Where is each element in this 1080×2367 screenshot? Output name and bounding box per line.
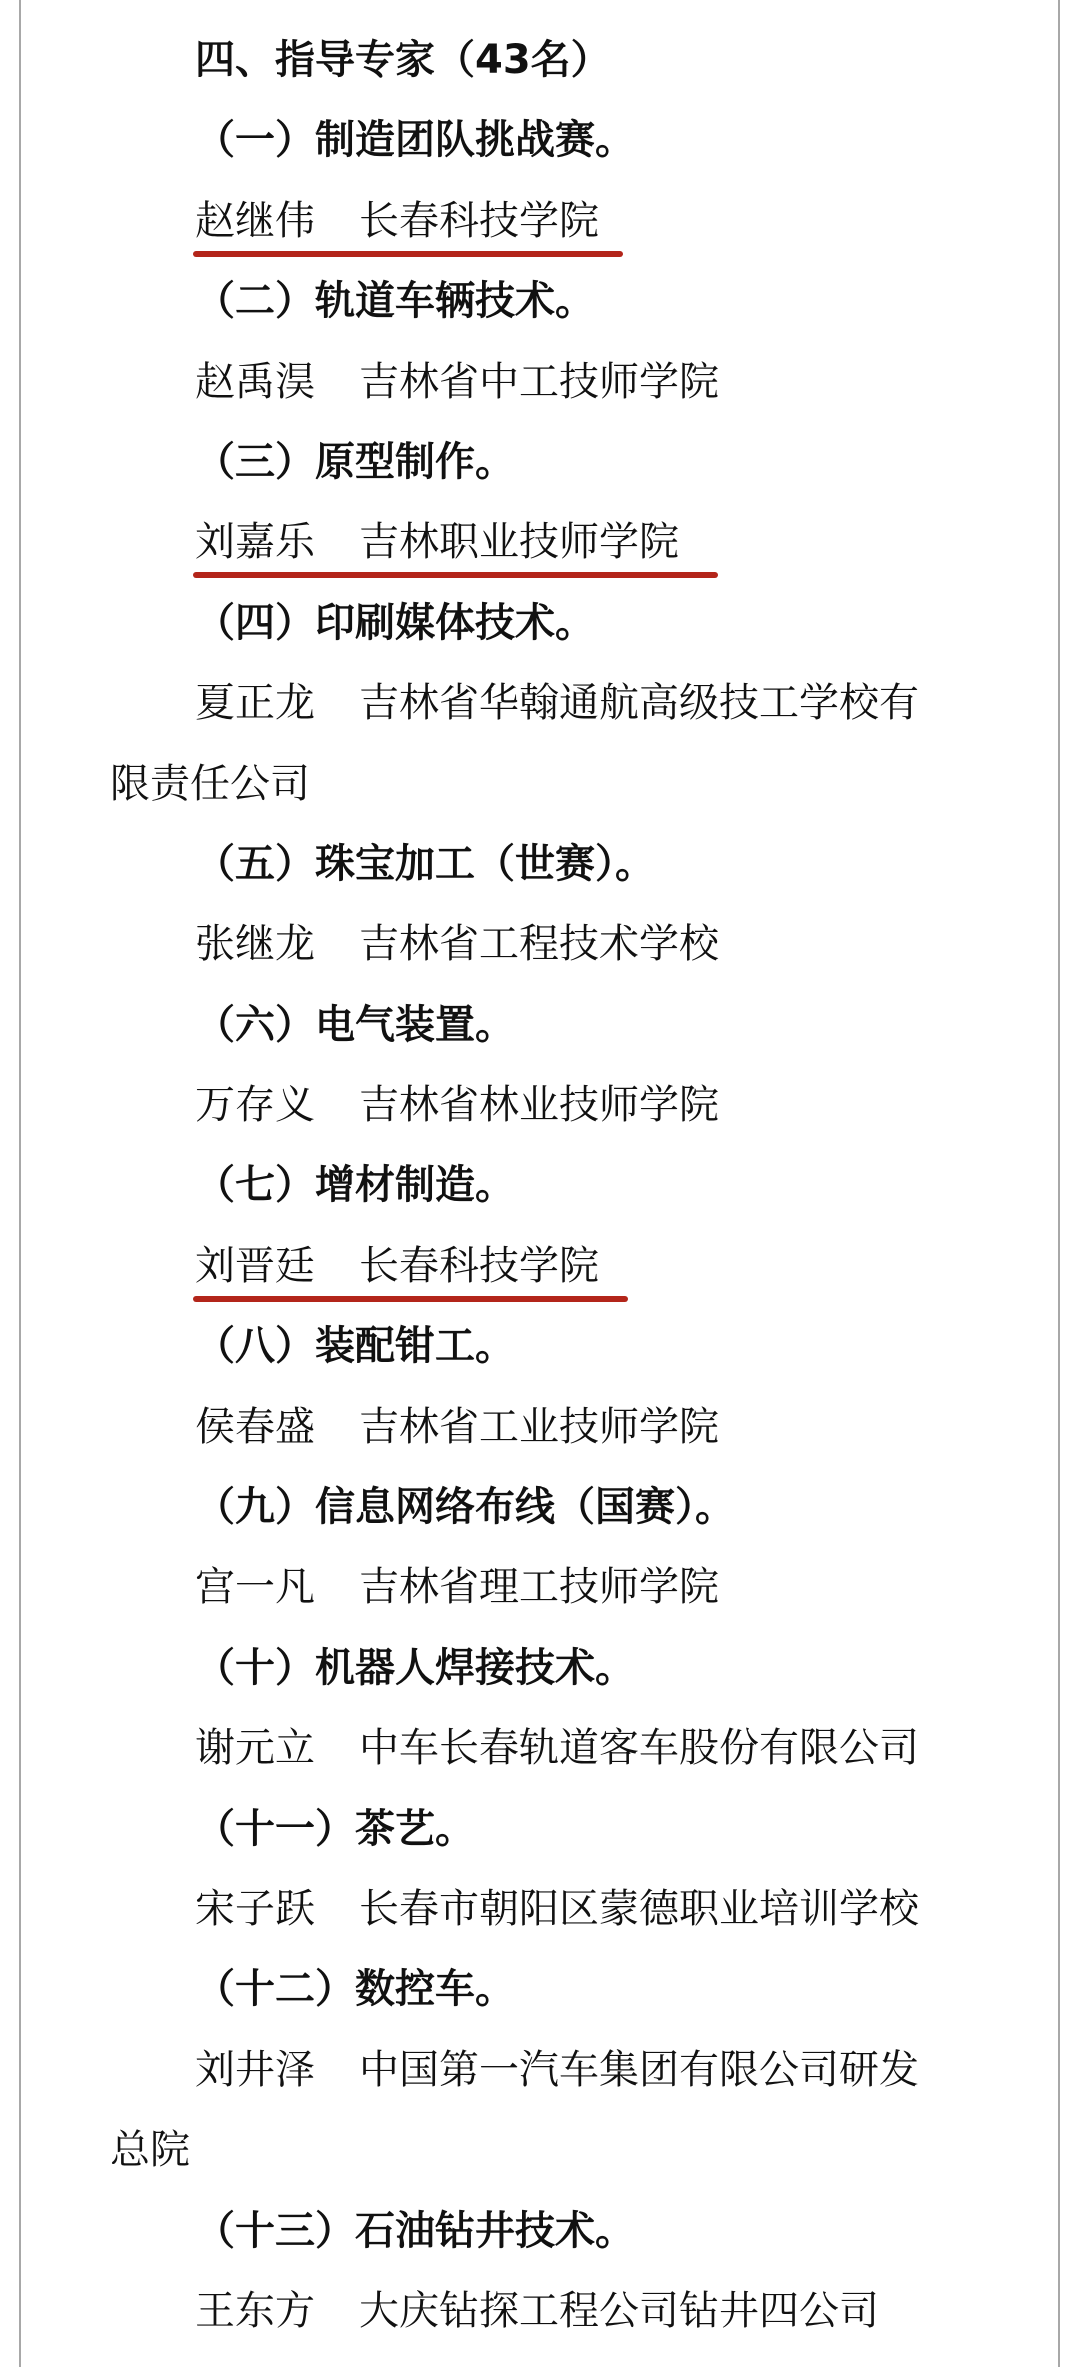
expert-entry: 万存义吉林省林业技师学院 [0,1065,1080,1145]
expert-org: 中国第一汽车集团有限公司研发 [359,2047,919,2093]
group-heading: （九）信息网络布线（国赛）。 [0,1467,1080,1547]
group-heading: （十）机器人焊接技术。 [0,1628,1080,1708]
expert-org: 吉林省华翰通航高级技工学校有 [359,680,919,726]
expert-entry: 赵继伟长春科技学院 [0,181,1080,261]
expert-entry: 谢元立中车长春轨道客车股份有限公司 [0,1708,1080,1788]
group-heading: （六）电气装置。 [0,985,1080,1065]
expert-name: 刘晋廷 [195,1243,315,1289]
expert-entry: 刘嘉乐吉林职业技师学院 [0,502,1080,582]
expert-name: 赵禹淏 [195,359,315,405]
expert-name: 刘井泽 [195,2047,315,2093]
group-heading: （七）增材制造。 [0,1145,1080,1225]
expert-entry: 刘井泽中国第一汽车集团有限公司研发 [0,2030,1080,2110]
group-heading: （十二）数控车。 [0,1949,1080,2029]
expert-entry: 赵禹淏吉林省中工技师学院 [0,342,1080,422]
expert-entry: 张继龙吉林省工程技术学校 [0,904,1080,984]
expert-name: 侯春盛 [195,1404,315,1450]
group-heading: （三）原型制作。 [0,422,1080,502]
expert-org: 吉林省工业技师学院 [359,1404,719,1450]
expert-name: 张继龙 [195,921,315,967]
group-heading: （二）轨道车辆技术。 [0,261,1080,341]
expert-org: 吉林省林业技师学院 [359,1082,719,1128]
expert-name: 谢元立 [195,1725,315,1771]
group-heading: （五）珠宝加工（世赛）。 [0,824,1080,904]
expert-name: 刘嘉乐 [195,519,315,565]
expert-entry: 夏正龙吉林省华翰通航高级技工学校有 [0,663,1080,743]
expert-org-continued: 总院 [0,2110,1080,2190]
expert-entry: 刘晋廷长春科技学院 [0,1226,1080,1306]
expert-org: 长春市朝阳区蒙德职业培训学校 [359,1886,919,1932]
expert-org-continued: 限责任公司 [0,744,1080,824]
group-heading: （十一）茶艺。 [0,1789,1080,1869]
group-heading: （十三）石油钻井技术。 [0,2191,1080,2271]
expert-org: 吉林省理工技师学院 [359,1564,719,1610]
expert-name: 万存义 [195,1082,315,1128]
group-heading: （四）印刷媒体技术。 [0,583,1080,663]
expert-name: 宫一凡 [195,1564,315,1610]
expert-org: 吉林职业技师学院 [359,519,679,565]
group-heading: （一）制造团队挑战赛。 [0,100,1080,180]
expert-entry: 宋子跃长春市朝阳区蒙德职业培训学校 [0,1869,1080,1949]
expert-org: 吉林省中工技师学院 [359,359,719,405]
highlight-underline [193,1296,628,1302]
highlight-underline [193,572,718,578]
expert-name: 王东方 [195,2288,315,2334]
expert-entry: 宫一凡吉林省理工技师学院 [0,1547,1080,1627]
expert-org: 吉林省工程技术学校 [359,921,719,967]
section-title: 四、指导专家（43名） [0,20,1080,100]
document-body: 四、指导专家（43名） （一）制造团队挑战赛。 赵继伟长春科技学院 （二）轨道车… [0,20,1080,2351]
expert-name: 赵继伟 [195,198,315,244]
expert-entry: 王东方大庆钻探工程公司钻井四公司 [0,2271,1080,2351]
expert-org: 长春科技学院 [359,198,599,244]
expert-org: 长春科技学院 [359,1243,599,1289]
group-heading: （八）装配钳工。 [0,1306,1080,1386]
expert-name: 夏正龙 [195,680,315,726]
expert-org: 中车长春轨道客车股份有限公司 [359,1725,919,1771]
expert-entry: 侯春盛吉林省工业技师学院 [0,1387,1080,1467]
highlight-underline [193,251,623,257]
expert-name: 宋子跃 [195,1886,315,1932]
expert-org: 大庆钻探工程公司钻井四公司 [359,2288,879,2334]
